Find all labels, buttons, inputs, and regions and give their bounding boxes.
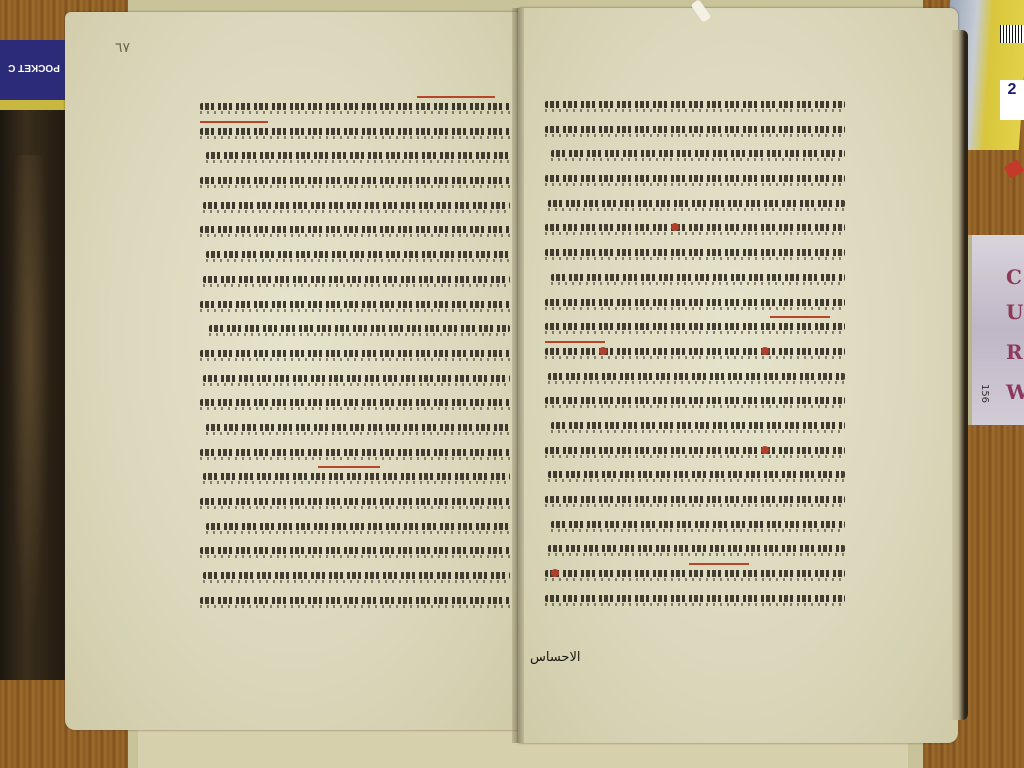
handwritten-text bbox=[200, 350, 510, 357]
handwritten-text bbox=[545, 348, 845, 355]
cd-letter: U bbox=[1006, 300, 1023, 324]
rubric-overline bbox=[770, 316, 830, 318]
manuscript-line bbox=[200, 538, 510, 563]
manuscript-line bbox=[200, 94, 510, 119]
manuscript-line bbox=[200, 119, 510, 144]
handwritten-text bbox=[545, 249, 845, 256]
handwritten-text bbox=[545, 595, 845, 602]
handwritten-text bbox=[200, 399, 510, 406]
handwritten-text bbox=[200, 449, 510, 456]
manuscript-line bbox=[200, 267, 510, 292]
cd-sleeve: C U R W bbox=[968, 235, 1024, 425]
eraser-tip bbox=[1004, 159, 1024, 179]
manuscript-line bbox=[545, 438, 845, 463]
handwritten-text bbox=[200, 103, 510, 110]
handwritten-text bbox=[545, 224, 845, 231]
manuscript-line bbox=[200, 366, 510, 391]
manuscript-line bbox=[200, 489, 510, 514]
manuscript-line bbox=[545, 462, 845, 487]
handwritten-text bbox=[551, 150, 845, 157]
manuscript-line bbox=[545, 536, 845, 561]
rubric-overline bbox=[545, 341, 605, 343]
red-verse-marker-icon bbox=[551, 569, 559, 577]
handwritten-text bbox=[548, 471, 845, 478]
handwritten-text bbox=[551, 521, 845, 528]
handwritten-text bbox=[203, 375, 510, 382]
cd-sleeve-number: 156 bbox=[979, 384, 990, 403]
manuscript-line bbox=[200, 242, 510, 267]
handwritten-text bbox=[203, 202, 510, 209]
manuscript-line bbox=[200, 193, 510, 218]
handwritten-text bbox=[206, 424, 510, 431]
handwritten-text bbox=[203, 572, 510, 579]
manuscript-line bbox=[545, 364, 845, 389]
red-verse-marker-icon bbox=[599, 347, 607, 355]
handwritten-text bbox=[545, 570, 845, 577]
manuscript-line bbox=[545, 314, 845, 339]
handwritten-text bbox=[551, 422, 845, 429]
manuscript-line bbox=[200, 588, 510, 613]
rubric-overline bbox=[689, 563, 749, 565]
manuscript-line bbox=[545, 117, 845, 142]
handwritten-text bbox=[545, 101, 845, 108]
handwritten-text bbox=[545, 397, 845, 404]
manuscript-line bbox=[545, 487, 845, 512]
manuscript-line bbox=[200, 341, 510, 366]
folio-number: ٦٧ bbox=[115, 40, 130, 56]
manuscript-line bbox=[545, 191, 845, 216]
handwritten-text bbox=[551, 274, 845, 281]
red-verse-marker-icon bbox=[761, 446, 769, 454]
barcode-icon bbox=[1000, 25, 1024, 43]
catchword: الاحساس bbox=[530, 650, 581, 665]
handwritten-text bbox=[206, 152, 510, 159]
manuscript-line bbox=[200, 143, 510, 168]
manuscript-line bbox=[200, 316, 510, 341]
manuscript-line bbox=[200, 440, 510, 465]
page-edges-right bbox=[952, 30, 968, 720]
manuscript-line bbox=[545, 166, 845, 191]
handwritten-text bbox=[209, 325, 510, 332]
manuscript-line bbox=[545, 388, 845, 413]
manuscript-line bbox=[200, 292, 510, 317]
left-page-text-block bbox=[200, 94, 510, 612]
pen-package-label: 2 bbox=[1000, 80, 1024, 120]
manuscript-line bbox=[545, 265, 845, 290]
manuscript-line bbox=[545, 215, 845, 240]
manuscript-line bbox=[545, 561, 845, 586]
handwritten-text bbox=[203, 473, 510, 480]
manuscript-line bbox=[200, 464, 510, 489]
right-page-text-block bbox=[545, 92, 845, 610]
manuscript-line bbox=[200, 563, 510, 588]
handwritten-text bbox=[200, 226, 510, 233]
handwritten-text bbox=[545, 447, 845, 454]
manuscript-line bbox=[545, 413, 845, 438]
pocket-card-box bbox=[0, 40, 68, 110]
rubric-overline bbox=[417, 96, 495, 98]
handwritten-text bbox=[545, 175, 845, 182]
handwritten-text bbox=[200, 128, 510, 135]
rubric-overline bbox=[200, 121, 268, 123]
cd-letter: C bbox=[1006, 265, 1022, 289]
handwritten-text bbox=[206, 523, 510, 530]
book-gutter bbox=[512, 8, 524, 743]
cd-letter: R bbox=[1006, 340, 1023, 364]
manuscript-line bbox=[545, 339, 845, 364]
handwritten-text bbox=[200, 498, 510, 505]
handwritten-text bbox=[200, 301, 510, 308]
handwritten-text bbox=[548, 200, 845, 207]
handwritten-text bbox=[548, 373, 845, 380]
handwritten-text bbox=[203, 276, 510, 283]
handwritten-text bbox=[200, 547, 510, 554]
manuscript-line bbox=[200, 168, 510, 193]
manuscript-line bbox=[545, 586, 845, 611]
cd-letter: W bbox=[1006, 380, 1024, 404]
manuscript-line bbox=[200, 415, 510, 440]
handwritten-text bbox=[200, 177, 510, 184]
handwritten-text bbox=[206, 251, 510, 258]
handwritten-text bbox=[548, 545, 845, 552]
manuscript-line bbox=[545, 240, 845, 265]
manuscript-line bbox=[200, 217, 510, 242]
handwritten-text bbox=[545, 126, 845, 133]
manuscript-line bbox=[545, 290, 845, 315]
rubric-overline bbox=[318, 466, 380, 468]
red-verse-marker-icon bbox=[761, 347, 769, 355]
manuscript-line bbox=[200, 390, 510, 415]
handwritten-text bbox=[545, 299, 845, 306]
manuscript-line bbox=[545, 92, 845, 117]
manuscript-line bbox=[200, 514, 510, 539]
manuscript-line bbox=[545, 141, 845, 166]
pocket-box-label: POCKET C bbox=[2, 62, 66, 73]
handwritten-text bbox=[545, 496, 845, 503]
handwritten-text bbox=[545, 323, 845, 330]
handwritten-text bbox=[200, 597, 510, 604]
manuscript-line bbox=[545, 512, 845, 537]
